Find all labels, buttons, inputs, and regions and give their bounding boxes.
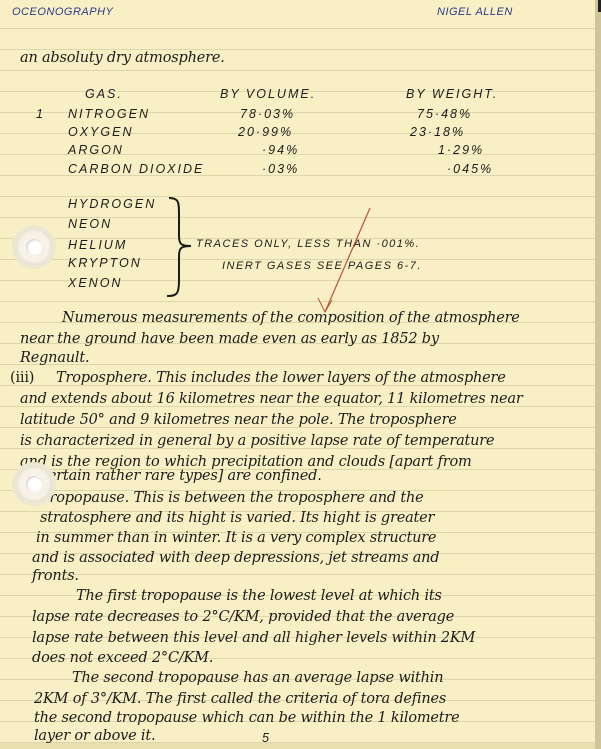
trace-gas: HYDROGEN (68, 197, 156, 211)
author-header: NIGEL ALLEN (437, 6, 513, 18)
gas-name: NITROGEN (68, 107, 150, 121)
paragraph-line: layer or above it. (34, 728, 155, 743)
gas-weight: ·045% (447, 162, 493, 176)
punch-hole (16, 466, 52, 502)
trace-gas: XENON (68, 276, 122, 290)
punch-hole (16, 229, 52, 265)
paragraph-line: Troposphere. This includes the lower lay… (56, 370, 506, 386)
trace-gas: KRYPTON (68, 256, 142, 270)
trace-note: TRACES ONLY, LESS THAN ·001%. (196, 238, 420, 250)
intro-line: an absoluty dry atmosphere. (20, 50, 225, 66)
paragraph-line: 2KM of 3°/KM. The first called the crite… (34, 691, 446, 707)
page-number: 5 (262, 731, 269, 743)
paragraph-line: the second tropopause which can be withi… (34, 710, 460, 726)
gas-name: ARGON (68, 143, 124, 157)
gas-volume: ·94% (262, 143, 299, 157)
trace-gas: HELIUM (68, 238, 127, 252)
paragraph-line: lapse rate decreases to 2°C/KM, provided… (32, 609, 454, 625)
paragraph-line: in summer than in winter. It is a very c… (36, 530, 436, 546)
paragraph-line: Numerous measurements of the composition… (62, 310, 520, 326)
trace-subnote: INERT GASES SEE PAGES 6-7. (222, 260, 422, 272)
paragraph-line: and is associated with deep depressions,… (32, 550, 439, 566)
gas-name: CARBON DIOXIDE (68, 162, 204, 176)
paragraph-line: lapse rate between this level and all hi… (32, 630, 475, 646)
paper-edge (595, 0, 601, 749)
paragraph-line: latitude 50° and 9 kilometres near the p… (20, 412, 457, 428)
column-header-weight: BY WEIGHT. (406, 87, 498, 101)
paragraph-line: Regnault. (20, 350, 89, 366)
paragraph-line: stratosphere and its hight is varied. It… (40, 510, 434, 526)
gas-weight: 75·48% (417, 107, 472, 121)
paragraph-line: The first tropopause is the lowest level… (76, 588, 442, 604)
gas-weight: 1·29% (438, 143, 484, 157)
paragraph-line: The second tropopause has an average lap… (72, 670, 443, 686)
gas-weight: 23·18% (410, 125, 465, 139)
notebook-page: OCEONOGRAPHY NIGEL ALLEN an absoluty dry… (0, 0, 595, 743)
gas-volume: 20·99% (238, 125, 293, 139)
curly-brace-icon (165, 196, 195, 300)
column-header-volume: BY VOLUME. (220, 87, 316, 101)
paragraph-line: certain rather rare types] are confined. (40, 468, 322, 484)
gas-volume: ·03% (262, 162, 299, 176)
subject-header: OCEONOGRAPHY (12, 6, 113, 18)
gas-volume: 78·03% (240, 107, 295, 121)
gas-name: OXYGEN (68, 125, 134, 139)
paragraph-line: and extends about 16 kilometres near the… (20, 391, 523, 407)
trace-gas: NEON (68, 217, 112, 231)
paragraph-line: is characterized in general by a positiv… (20, 433, 494, 449)
row-marker: 1 (36, 107, 45, 121)
paragraph-line: fronts. (32, 568, 79, 584)
paragraph-line: Tropopause. This is between the troposph… (40, 490, 424, 506)
paragraph-line: does not exceed 2°C/KM. (32, 650, 213, 666)
column-header-gas: GAS. (85, 87, 123, 101)
paragraph-line: near the ground have been made even as e… (20, 331, 439, 347)
section-marker: (iii) (10, 370, 34, 386)
